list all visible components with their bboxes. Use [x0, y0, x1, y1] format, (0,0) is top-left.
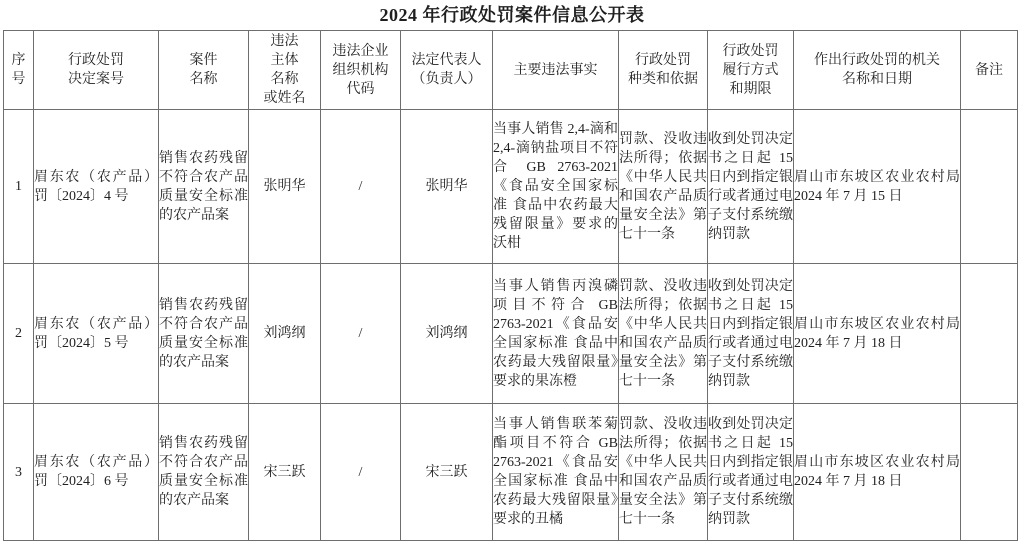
cell-subject-name: 刘鸿纲 [249, 264, 321, 404]
cell-main-illegal-facts: 当事人销售联苯菊酯项目不符合 GB 2763-2021《食品安全国家标准 食品中… [493, 404, 619, 541]
cell-org-code: / [321, 264, 401, 404]
cell-subject-name: 宋三跃 [249, 404, 321, 541]
document-page: 2024 年行政处罚案件信息公开表 序 号 行政处罚 决定案号 案件 名称 违法… [0, 0, 1024, 549]
cell-penalty-type-basis: 罚款、没收违法所得；依据《中华人民共和国农产品质量安全法》第七十一条 [619, 264, 708, 404]
header-authority-date: 作出行政处罚的机关 名称和日期 [794, 31, 961, 110]
cell-org-code: / [321, 110, 401, 264]
header-index: 序 号 [4, 31, 34, 110]
cell-main-illegal-facts: 当事人销售 2,4-滴和 2,4-滴钠盐项目不符合 GB 2763-2021《食… [493, 110, 619, 264]
cell-case-name: 销售农药残留不符合农产品质量安全标准的农产品案 [159, 404, 249, 541]
cell-remarks [961, 264, 1018, 404]
header-org-code: 违法企业 组织机构 代码 [321, 31, 401, 110]
table-header-row: 序 号 行政处罚 决定案号 案件 名称 违法 主体 名称 或姓名 违法企业 组织… [4, 31, 1018, 110]
cell-penalty-type-basis: 罚款、没收违法所得；依据《中华人民共和国农产品质量安全法》第七十一条 [619, 110, 708, 264]
header-subject-name: 违法 主体 名称 或姓名 [249, 31, 321, 110]
table-row-3: 3 眉东农（农产品）罚〔2024〕6 号 销售农药残留不符合农产品质量安全标准的… [4, 404, 1018, 541]
cell-legal-representative: 刘鸿纲 [401, 264, 493, 404]
header-case-name: 案件 名称 [159, 31, 249, 110]
cell-index: 2 [4, 264, 34, 404]
cell-case-name: 销售农药残留不符合农产品质量安全标准的农产品案 [159, 110, 249, 264]
penalty-disclosure-table: 序 号 行政处罚 决定案号 案件 名称 违法 主体 名称 或姓名 违法企业 组织… [3, 30, 1018, 541]
cell-remarks [961, 404, 1018, 541]
cell-legal-representative: 宋三跃 [401, 404, 493, 541]
table-row-2: 2 眉东农（农产品）罚〔2024〕5 号 销售农药残留不符合农产品质量安全标准的… [4, 264, 1018, 404]
cell-performance-method: 收到处罚决定书之日起 15 日内到指定银行或者通过电子支付系统缴纳罚款 [708, 110, 794, 264]
cell-case-number: 眉东农（农产品）罚〔2024〕6 号 [34, 404, 159, 541]
cell-index: 3 [4, 404, 34, 541]
cell-authority-date: 眉山市东坡区农业农村局 2024 年 7 月 15 日 [794, 110, 961, 264]
table-row-1: 1 眉东农（农产品）罚〔2024〕4 号 销售农药残留不符合农产品质量安全标准的… [4, 110, 1018, 264]
header-legal-representative: 法定代表人 （负责人） [401, 31, 493, 110]
header-performance-method: 行政处罚 履行方式 和期限 [708, 31, 794, 110]
cell-main-illegal-facts: 当事人销售丙溴磷项目不符合 GB 2763-2021《食品安全国家标准 食品中农… [493, 264, 619, 404]
cell-legal-representative: 张明华 [401, 110, 493, 264]
cell-performance-method: 收到处罚决定书之日起 15 日内到指定银行或者通过电子支付系统缴纳罚款 [708, 264, 794, 404]
cell-authority-date: 眉山市东坡区农业农村局 2024 年 7 月 18 日 [794, 264, 961, 404]
cell-case-number: 眉东农（农产品）罚〔2024〕5 号 [34, 264, 159, 404]
cell-penalty-type-basis: 罚款、没收违法所得；依据《中华人民共和国农产品质量安全法》第七十一条 [619, 404, 708, 541]
header-remarks: 备注 [961, 31, 1018, 110]
cell-performance-method: 收到处罚决定书之日起 15 日内到指定银行或者通过电子支付系统缴纳罚款 [708, 404, 794, 541]
cell-case-number: 眉东农（农产品）罚〔2024〕4 号 [34, 110, 159, 264]
page-title: 2024 年行政处罚案件信息公开表 [0, 0, 1024, 28]
header-case-number: 行政处罚 决定案号 [34, 31, 159, 110]
cell-authority-date: 眉山市东坡区农业农村局 2024 年 7 月 18 日 [794, 404, 961, 541]
header-main-illegal-facts: 主要违法事实 [493, 31, 619, 110]
cell-case-name: 销售农药残留不符合农产品质量安全标准的农产品案 [159, 264, 249, 404]
cell-index: 1 [4, 110, 34, 264]
cell-org-code: / [321, 404, 401, 541]
cell-remarks [961, 110, 1018, 264]
cell-subject-name: 张明华 [249, 110, 321, 264]
header-penalty-type-basis: 行政处罚 种类和依据 [619, 31, 708, 110]
